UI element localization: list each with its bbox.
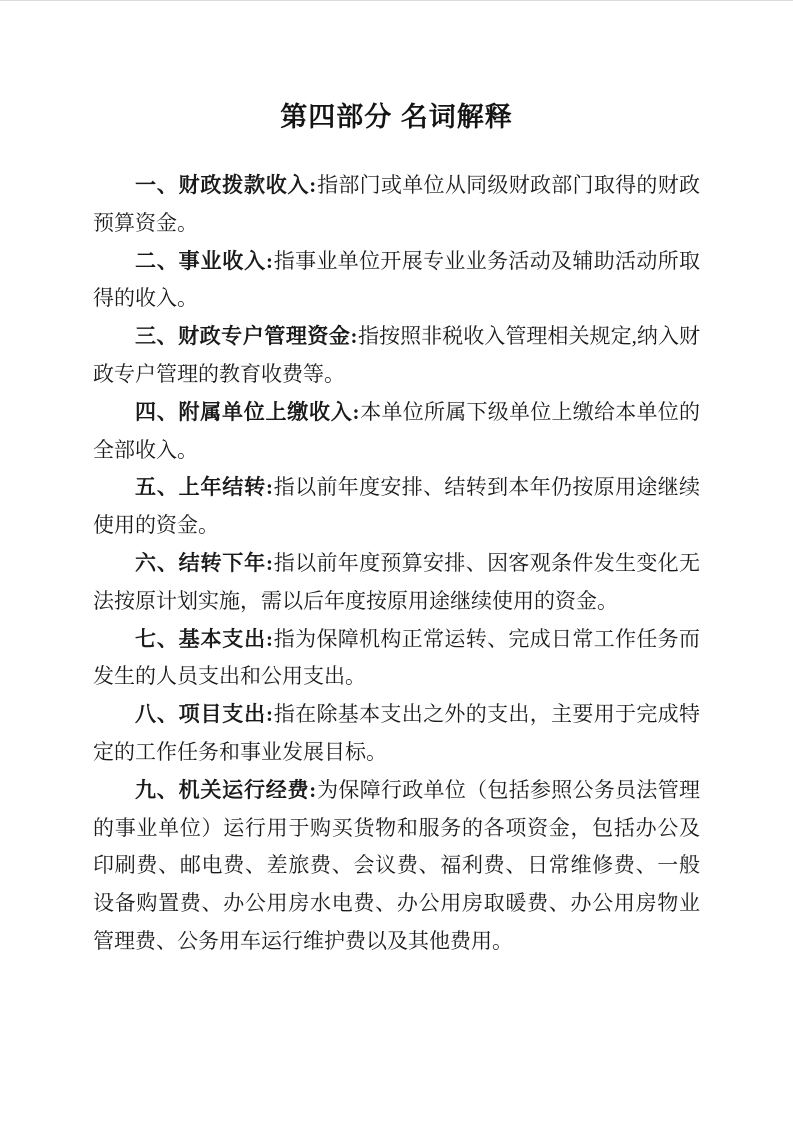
term-label: 八、项目支出: [135,702,273,726]
term-label: 二、事业收入: [135,249,273,273]
term-paragraph: 二、事业收入:指事业单位开展专业业务活动及辅助活动所取得的收入。 [93,243,700,319]
term-paragraph: 四、附属单位上缴收入:本单位所属下级单位上缴给本单位的全部收入。 [93,394,700,470]
term-label: 九、机关运行经费: [135,778,317,802]
term-label: 五、上年结转: [135,475,273,499]
term-label: 四、附属单位上缴收入: [135,400,360,424]
term-label: 一、财政拨款收入: [135,173,317,197]
page-title: 第四部分 名词解释 [0,1,793,133]
document-page: 第四部分 名词解释 一、财政拨款收入:指部门或单位从同级财政部门取得的财政预算资… [0,0,793,1122]
term-definition: 为保障行政单位（包括参照公务员法管理的事业单位）运行用于购买货物和服务的各项资金… [93,778,700,953]
term-paragraph: 五、上年结转:指以前年度安排、结转到本年仍按原用途继续使用的资金。 [93,469,700,545]
term-paragraph: 一、财政拨款收入:指部门或单位从同级财政部门取得的财政预算资金。 [93,167,700,243]
term-paragraph: 八、项目支出:指在除基本支出之外的支出，主要用于完成特定的工作任务和事业发展目标… [93,696,700,772]
term-paragraph: 六、结转下年:指以前年度预算安排、因客观条件发生变化无法按原计划实施，需以后年度… [93,545,700,621]
term-label: 三、财政专户管理资金: [135,324,358,348]
term-paragraph: 九、机关运行经费:为保障行政单位（包括参照公务员法管理的事业单位）运行用于购买货… [93,772,700,961]
term-label: 六、结转下年: [135,551,273,575]
term-paragraph: 七、基本支出:指为保障机构正常运转、完成日常工作任务而发生的人员支出和公用支出。 [93,621,700,697]
term-label: 七、基本支出: [135,627,273,651]
term-paragraph: 三、财政专户管理资金:指按照非税收入管理相关规定,纳入财政专户管理的教育收费等。 [93,318,700,394]
definitions-list: 一、财政拨款收入:指部门或单位从同级财政部门取得的财政预算资金。 二、事业收入:… [93,167,700,961]
